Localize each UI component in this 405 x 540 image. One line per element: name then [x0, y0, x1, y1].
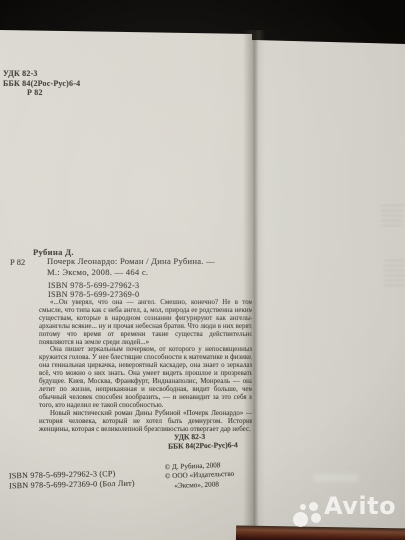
copyright-line: «Эксмо», 2008 [165, 480, 235, 492]
annotation-paragraph: Она пишет зеркальным почерком, от которо… [39, 346, 253, 409]
card-code: Р 82 [10, 258, 25, 267]
annotation-paragraph: Новый мистический роман Дины Рубиной «По… [39, 410, 253, 434]
gutter-shadow [243, 30, 265, 536]
annotation: «...Он уверял, что она — ангел. Смешно, … [39, 299, 253, 433]
showthrough-text-smudge [384, 260, 404, 290]
showthrough-text-smudge [381, 205, 403, 227]
catalog-card: Почерк Леонардо: Роман / Дина Рубина. — … [47, 256, 215, 278]
avito-brand-text: Avito [324, 492, 396, 520]
isbn-line: ISBN 978-5-699-27369-0 (Бол Лит) [9, 478, 135, 490]
book-photo: УДК 82-3 ББК 84(2Рос-Рус)6-4 Р 82 Рубина… [0, 0, 405, 540]
avito-watermark: Avito [293, 497, 405, 529]
faint-watermark-text [313, 474, 359, 482]
isbn-block: ISBN 978-5-699-27962-3 ISBN 978-5-699-27… [48, 281, 139, 300]
udk-line: УДК 82-3 [3, 69, 80, 79]
avito-dot [309, 502, 318, 511]
avito-dot [293, 512, 308, 527]
bottom-classification: УДК 82-3 ББК 84(2Рос-Рус)6-4 [168, 432, 238, 451]
author-code-line: Р 82 [3, 88, 80, 98]
annotation-paragraph: «...Он уверял, что она — ангел. Смешно, … [39, 299, 253, 346]
isbn-line: ISBN 978-5-699-27962-3 [48, 281, 139, 290]
top-classification: УДК 82-3 ББК 84(2Рос-Рус)6-4 Р 82 [3, 69, 80, 98]
bottom-isbn-block: ISBN 978-5-699-27962-3 (СР) ISBN 978-5-6… [9, 469, 135, 491]
avito-dot [311, 513, 321, 523]
card-entry-line: Почерк Леонардо: Роман / Дина Рубина. — [47, 256, 215, 267]
bbk-line: ББК 84(2Рос-Рус)6-4 [3, 79, 80, 89]
bbk-line: ББК 84(2Рос-Рус)6-4 [168, 441, 238, 451]
copyright-block: © Д. Рубина, 2008 © ООО «Издательство «Э… [165, 461, 235, 492]
avito-dot [300, 504, 306, 510]
card-entry-line: М.: Эксмо, 2008. — 464 с. [47, 267, 215, 278]
avito-dots-icon [293, 499, 322, 526]
